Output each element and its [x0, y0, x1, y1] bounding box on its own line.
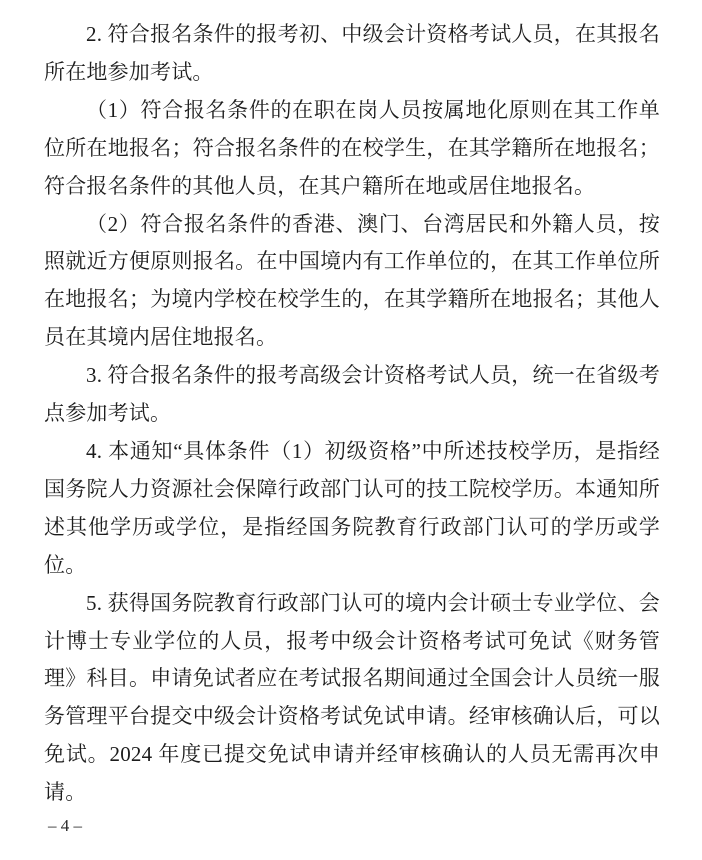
paragraph-item-4: 4. 本通知“具体条件（1）初级资格”中所述技校学历，是指经国务院人力资源社会保… [44, 433, 660, 585]
paragraph-sub-item-1: （1）符合报名条件的在职在岗人员按属地化原则在其工作单位所在地报名；符合报名条件… [44, 92, 660, 206]
paragraph-sub-item-2: （2）符合报名条件的香港、澳门、台湾居民和外籍人员，按照就近方便原则报名。在中国… [44, 206, 660, 358]
document-page: 2. 符合报名条件的报考初、中级会计资格考试人员，在其报名所在地参加考试。 （1… [0, 0, 702, 860]
paragraph-item-5: 5. 获得国务院教育行政部门认可的境内会计硕士专业学位、会计博士专业学位的人员，… [44, 585, 660, 812]
paragraph-item-2: 2. 符合报名条件的报考初、中级会计资格考试人员，在其报名所在地参加考试。 [44, 16, 660, 92]
page-number: – 4 – [44, 815, 660, 837]
paragraph-item-3: 3. 符合报名条件的报考高级会计资格考试人员，统一在省级考点参加考试。 [44, 357, 660, 433]
document-body: 2. 符合报名条件的报考初、中级会计资格考试人员，在其报名所在地参加考试。 （1… [44, 16, 660, 812]
